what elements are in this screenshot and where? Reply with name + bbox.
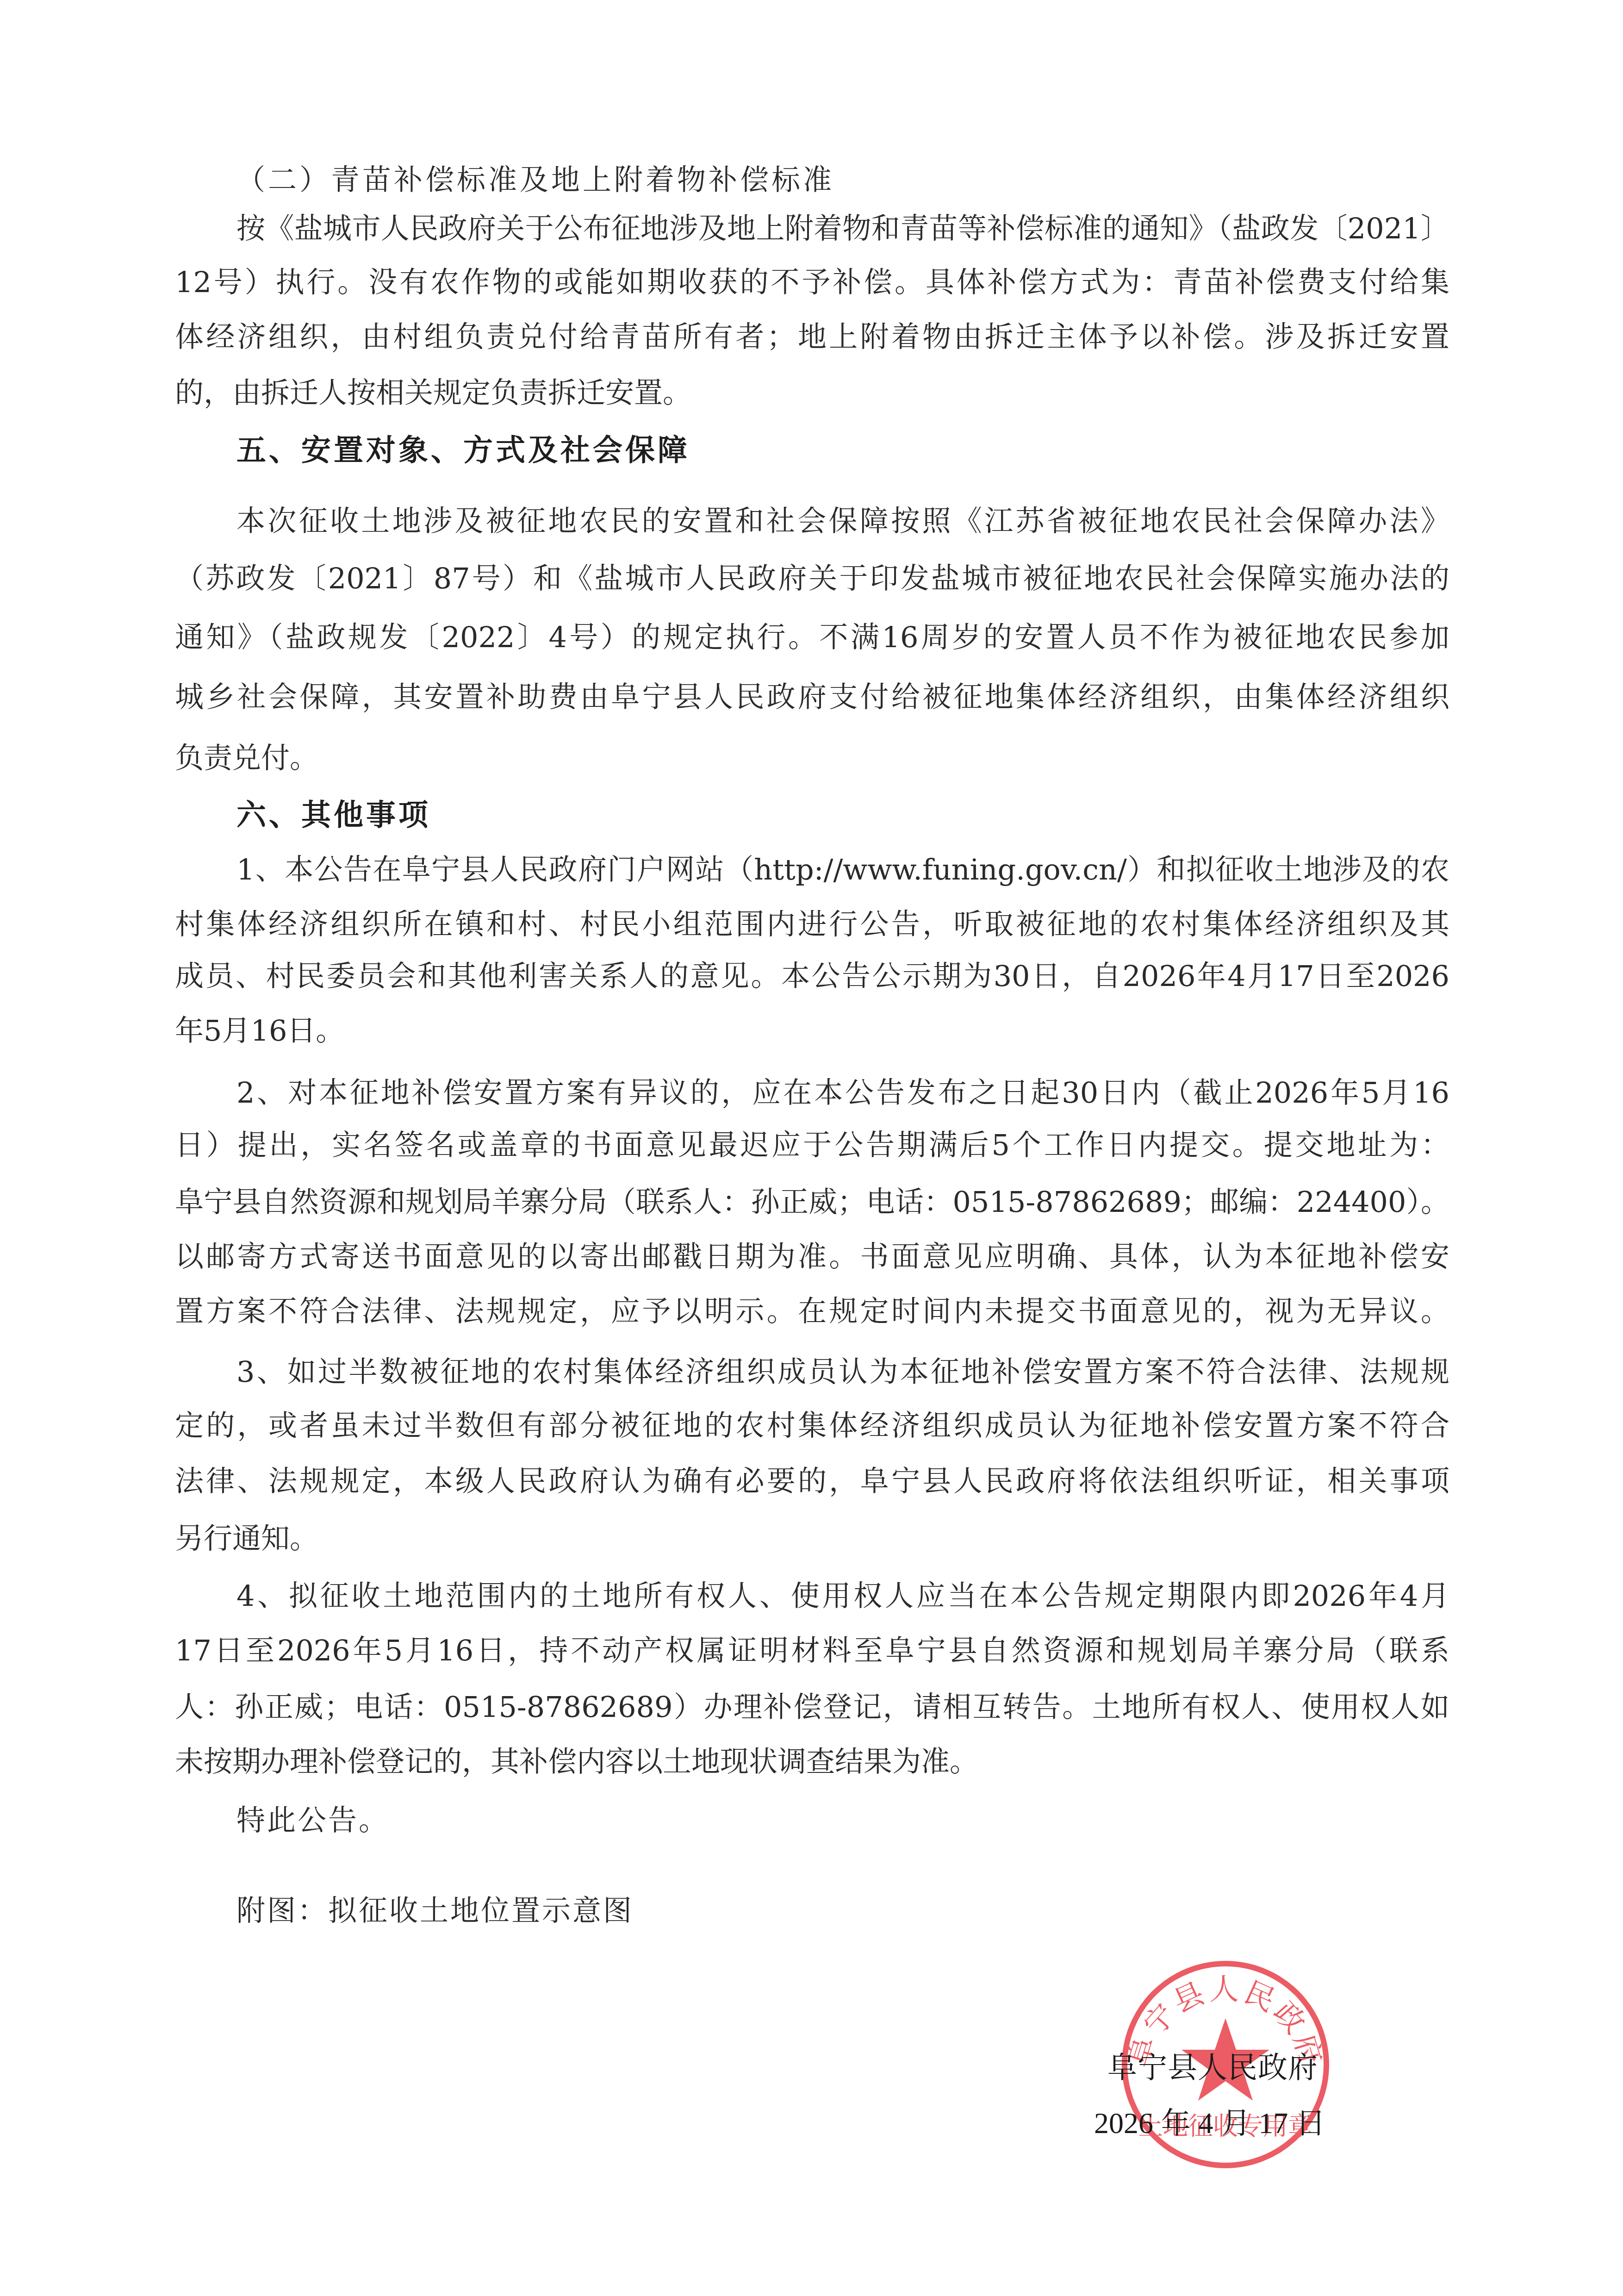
paragraph-line: 成员、村民委员会和其他利害关系人的意见。本公告公示期为30日，自2026年4月1… bbox=[175, 958, 1449, 995]
paragraph-line-item-3: 3、如过半数被征地的农村集体经济组织成员认为本征地补偿安置方案不符合法律、法规规 bbox=[236, 1354, 1449, 1391]
paragraph-line: （苏政发〔2021〕87号）和《盐城市人民政府关于印发盐城市被征地农民社会保障实… bbox=[175, 560, 1449, 597]
closing-statement: 特此公告。 bbox=[236, 1802, 389, 1839]
signing-date: 2026年4月17日 bbox=[1094, 2105, 1325, 2142]
paragraph-line-item-1: 1、本公告在阜宁县人民政府门户网站（http://www.funing.gov.… bbox=[236, 851, 1449, 888]
paragraph-line: 的，由拆迁人按相关规定负责拆迁安置。 bbox=[175, 374, 1449, 412]
paragraph-line: 通知》（盐政规发〔2022〕4号）的规定执行。不满16周岁的安置人员不作为被征地… bbox=[175, 619, 1449, 656]
paragraph-line: 另行通知。 bbox=[175, 1520, 1449, 1557]
paragraph-line-item-2: 2、对本征地补偿安置方案有异议的，应在本公告发布之日起30日内（截止2026年5… bbox=[236, 1074, 1449, 1111]
section-heading-resettlement: 五、安置对象、方式及社会保障 bbox=[236, 432, 690, 469]
subsection-heading-compensation-standards: （二）青苗补偿标准及地上附着物补偿标准 bbox=[236, 162, 834, 199]
paragraph-line: 法律、法规规定，本级人民政府认为确有必要的，阜宁县人民政府将依法组织听证，相关事… bbox=[175, 1463, 1449, 1500]
paragraph-line: 按《盐城市人民政府关于公布征地涉及地上附着物和青苗等补偿标准的通知》（盐政发〔2… bbox=[236, 210, 1449, 247]
paragraph-line: 村集体经济组织所在镇和村、村民小组范围内进行公告，听取被征地的农村集体经济组织及… bbox=[175, 906, 1449, 943]
paragraph-line: 阜宁县自然资源和规划局羊寨分局（联系人：孙正威；电话：0515-87862689… bbox=[175, 1184, 1449, 1221]
paragraph-line: 人：孙正威；电话：0515-87862689）办理补偿登记，请相互转告。土地所有… bbox=[175, 1689, 1449, 1726]
paragraph-line: 12号）执行。没有农作物的或能如期收获的不予补偿。具体补偿方式为：青苗补偿费支付… bbox=[175, 264, 1449, 301]
paragraph-line: 未按期办理补偿登记的，其补偿内容以土地现状调查结果为准。 bbox=[175, 1743, 1449, 1780]
paragraph-line: 本次征收土地涉及被征地农民的安置和社会保障按照《江苏省被征地农民社会保障办法》 bbox=[236, 503, 1449, 540]
document-page: （二）青苗补偿标准及地上附着物补偿标准 按《盐城市人民政府关于公布征地涉及地上附… bbox=[0, 0, 1623, 2296]
paragraph-line-item-4: 4、拟征收土地范围内的土地所有权人、使用权人应当在本公告规定期限内即2026年4… bbox=[236, 1578, 1449, 1615]
paragraph-line: 体经济组织，由村组负责兑付给青苗所有者；地上附着物由拆迁主体予以补偿。涉及拆迁安… bbox=[175, 318, 1449, 356]
attachment-label: 附图：拟征收土地位置示意图 bbox=[236, 1892, 634, 1929]
paragraph-line: 置方案不符合法律、法规规定，应予以明示。在规定时间内未提交书面意见的，视为无异议… bbox=[175, 1293, 1449, 1330]
paragraph-line: 日）提出，实名签名或盖章的书面意见最迟应于公告期满后5个工作日内提交。提交地址为… bbox=[175, 1127, 1449, 1164]
paragraph-line: 17日至2026年5月16日，持不动产权属证明材料至阜宁县自然资源和规划局羊寨分… bbox=[175, 1632, 1449, 1669]
signing-organization: 阜宁县人民政府 bbox=[1107, 2049, 1318, 2086]
paragraph-line: 城乡社会保障，其安置补助费由阜宁县人民政府支付给被征地集体经济组织，由集体经济组… bbox=[175, 679, 1449, 716]
paragraph-line: 年5月16日。 bbox=[175, 1012, 1449, 1049]
section-heading-other-matters: 六、其他事项 bbox=[236, 797, 431, 834]
paragraph-line: 以邮寄方式寄送书面意见的以寄出邮戳日期为准。书面意见应明确、具体，认为本征地补偿… bbox=[175, 1238, 1449, 1275]
paragraph-line: 负责兑付。 bbox=[175, 740, 1449, 777]
paragraph-line: 定的，或者虽未过半数但有部分被征地的农村集体经济组织成员认为征地补偿安置方案不符… bbox=[175, 1407, 1449, 1444]
